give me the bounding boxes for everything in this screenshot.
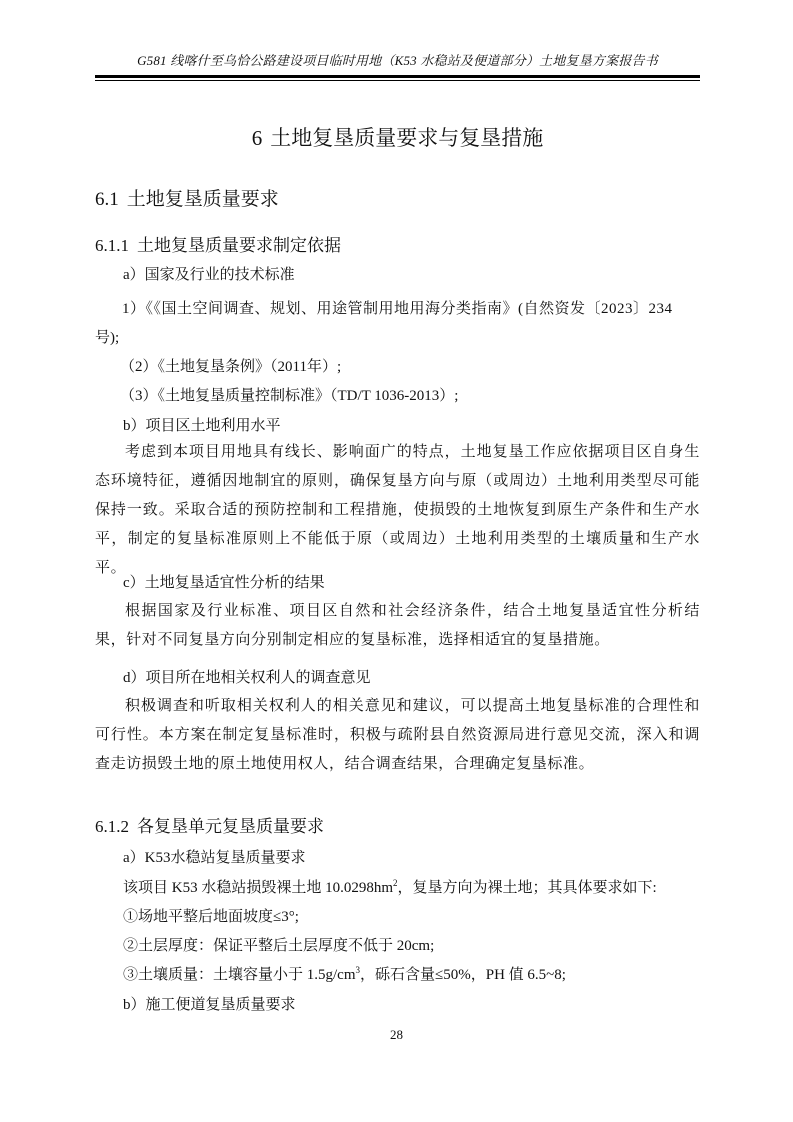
- standard-1-line1: 1）《《国土空间调查、规划、用途管制用地用海分类指南》(自然资发〔2023〕23…: [122, 297, 727, 318]
- item-c-heading: c）土地复垦适宜性分析的结果: [123, 571, 728, 592]
- item-b-heading: b）项目区土地利用水平: [123, 414, 728, 435]
- requirement-3-tail: ，砾石含量≤50%，PH 值 6.5~8;: [360, 967, 566, 983]
- standard-1-line2: 号);: [95, 326, 700, 347]
- requirement-3-text: ③土壤质量：土壤容量小于 1.5g/cm: [123, 967, 356, 983]
- paragraph-d: 积极调查和听取相关权利人的相关意见和建议，可以提高土地复垦标准的合理性和可行性。…: [95, 692, 700, 779]
- item-b-road-heading: b）施工便道复垦质量要求: [123, 993, 728, 1014]
- requirement-3: ③土壤质量：土壤容量小于 1.5g/cm3，砾石含量≤50%，PH 值 6.5~…: [123, 963, 728, 984]
- subsection-number: 6.1.1: [95, 236, 129, 255]
- section-number: 6.1: [95, 189, 119, 210]
- header-rule-thin: [95, 80, 700, 81]
- chapter-title: 6土地复垦质量要求与复垦措施: [95, 122, 700, 152]
- header-rule-thick: [95, 75, 700, 78]
- page-number: 28: [0, 1027, 793, 1043]
- item-d-heading: d）项目所在地相关权利人的调查意见: [123, 666, 728, 687]
- paragraph-c: 根据国家及行业标准、项目区自然和社会经济条件，结合土地复垦适宜性分析结果，针对不…: [95, 597, 700, 655]
- section-title: 土地复垦质量要求: [127, 188, 279, 210]
- chapter-title-text: 土地复垦质量要求与复垦措施: [270, 126, 543, 150]
- k53-intro: 该项目 K53 水稳站损毁裸土地 10.0298hm2，复垦方向为裸土地；其具体…: [123, 876, 728, 897]
- chapter-number: 6: [252, 126, 263, 150]
- item-a-heading: a）国家及行业的技术标准: [123, 263, 728, 284]
- subsection-number: 6.1.2: [95, 817, 129, 836]
- standard-2: （2）《土地复垦条例》（2011年）;: [120, 355, 725, 376]
- k53-intro-tail: ，复垦方向为裸土地；其具体要求如下:: [398, 880, 657, 896]
- section-heading-6-1: 6.1土地复垦质量要求: [95, 184, 279, 211]
- standard-3: （3）《土地复垦质量控制标准》（TD/T 1036-2013）;: [120, 384, 725, 405]
- subsection-heading-6-1-2: 6.1.2各复垦单元复垦质量要求: [95, 812, 324, 837]
- k53-heading: a）K53水稳站复垦质量要求: [123, 846, 728, 867]
- subsection-heading-6-1-1: 6.1.1土地复垦质量要求制定依据: [95, 231, 341, 256]
- requirement-1: ①场地平整后地面坡度≤3°;: [123, 905, 728, 926]
- subsection-title: 各复垦单元复垦质量要求: [137, 817, 324, 837]
- k53-intro-text: 该项目 K53 水稳站损毁裸土地 10.0298hm: [123, 880, 393, 896]
- paragraph-b: 考虑到本项目用地具有线长、影响面广的特点，土地复垦工作应依据项目区自身生态环境特…: [95, 438, 700, 583]
- subsection-title: 土地复垦质量要求制定依据: [137, 236, 341, 256]
- requirement-2: ②土层厚度：保证平整后土层厚度不低于 20cm;: [123, 934, 728, 955]
- running-header: G581 线喀什至乌恰公路建设项目临时用地（K53 水稳站及便道部分）土地复垦方…: [95, 50, 700, 69]
